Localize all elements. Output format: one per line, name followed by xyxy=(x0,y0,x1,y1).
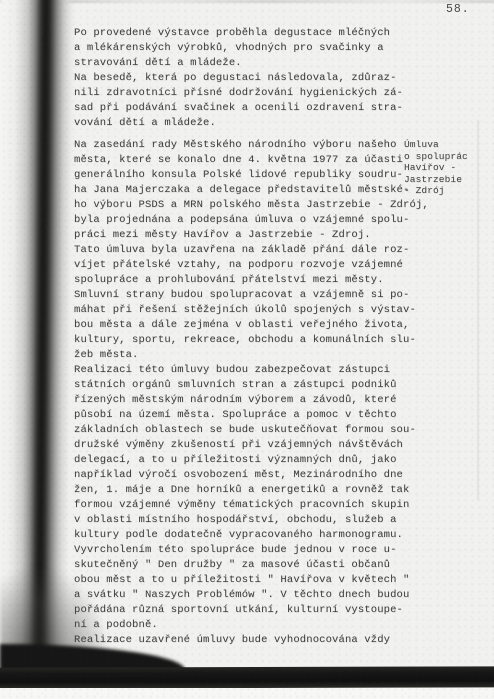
document-body: Po provedené výstavce proběhla degustace… xyxy=(74,26,478,648)
scan-bottom-bar xyxy=(0,666,494,688)
scan-bottom-margin xyxy=(0,688,494,699)
page-right-crease xyxy=(477,120,479,500)
paragraph-beseda: Na besedě, která po degustaci následoval… xyxy=(74,71,478,131)
paragraph-umluva: Na zasedání rady Městského národního výb… xyxy=(74,138,478,648)
paragraph-degustace: Po provedené výstavce proběhla degustace… xyxy=(74,26,478,71)
scanned-page-sheet: 58. Po provedené výstavce proběhla degus… xyxy=(0,0,494,699)
scan-top-edge xyxy=(0,0,494,3)
page-number: 58. xyxy=(446,3,470,16)
